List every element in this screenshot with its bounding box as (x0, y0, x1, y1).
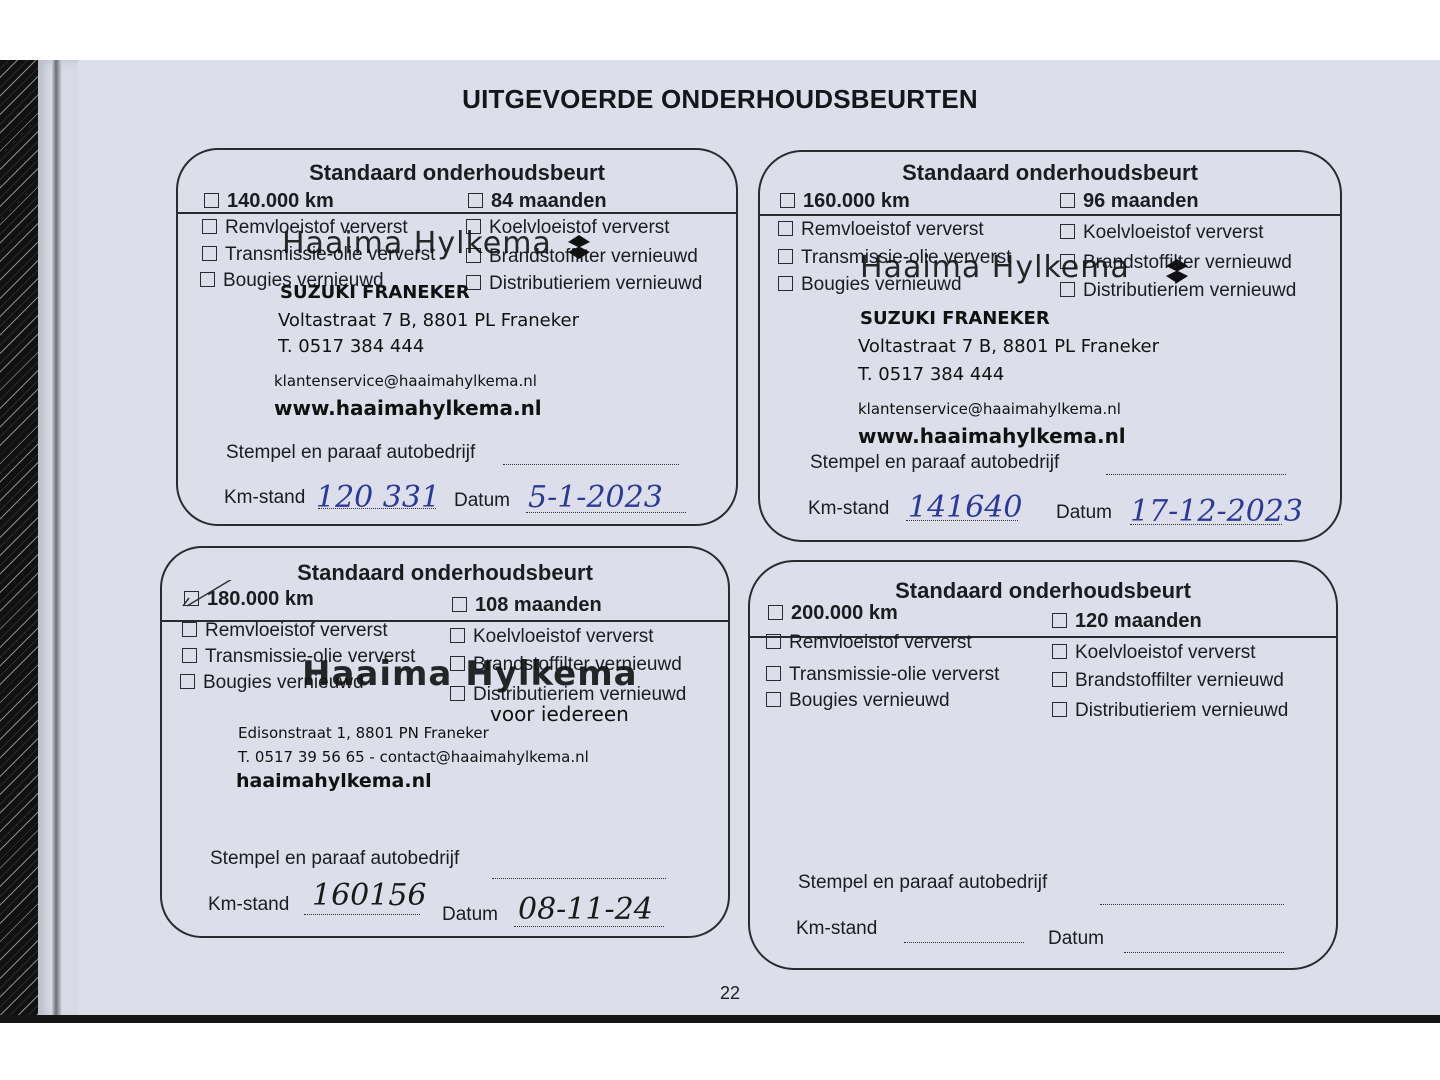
months-label: 84 maanden (491, 190, 607, 212)
checkbox[interactable] (766, 666, 781, 681)
item-label: Koelvloeistof ververst (1075, 642, 1256, 663)
datum-value: 5-1-2023 (528, 480, 663, 515)
kmstand-label: Km-stand (808, 498, 889, 520)
km-label: 160.000 km (803, 190, 910, 212)
months-checkbox-row[interactable]: 120 maanden (1052, 610, 1202, 633)
dealer-stamp-name: Haaima Hylkema (282, 226, 552, 261)
stempel-label: Stempel en paraaf autobedrijf (810, 452, 1059, 474)
dealer-stamp-address: Voltastraat 7 B, 8801 PL Franeker (278, 310, 579, 331)
item-label: Koelvloeistof ververst (1083, 222, 1264, 243)
stempel-line (492, 878, 666, 879)
maintenance-card-200000: Standaard onderhoudsbeurt 200.000 km 120… (748, 560, 1338, 970)
km-checkbox-row[interactable]: 160.000 km (780, 190, 910, 213)
checkbox[interactable] (200, 272, 215, 287)
datum-value: 17-12-2023 (1130, 494, 1303, 529)
months-label: 120 maanden (1075, 610, 1202, 632)
item-label: Brandstoffilter vernieuwd (1075, 670, 1284, 691)
stempel-line (1106, 474, 1286, 475)
checkbox[interactable] (204, 193, 219, 208)
checkbox[interactable] (182, 622, 197, 637)
months-checkbox-row[interactable]: 96 maanden (1060, 190, 1199, 213)
item-label: Bougies vernieuwd (789, 690, 950, 711)
kmstand-line (304, 914, 420, 915)
dealer-stamp-address: Voltastraat 7 B, 8801 PL Franeker (858, 336, 1159, 357)
stempel-label: Stempel en paraaf autobedrijf (210, 848, 459, 870)
checkbox[interactable] (180, 674, 195, 689)
dealer-stamp-phone: T. 0517 39 56 65 - contact@haaimahylkema… (238, 748, 589, 766)
checkbox[interactable] (468, 193, 483, 208)
kmstand-line (904, 942, 1024, 943)
stempel-label: Stempel en paraaf autobedrijf (798, 872, 1047, 894)
kmstand-value: 120 331 (316, 480, 440, 515)
card-heading: Standaard onderhoudsbeurt (162, 560, 728, 586)
months-checkbox-row[interactable]: 108 maanden (452, 594, 602, 617)
item-transmissie[interactable]: Transmissie-olie ververst (766, 664, 999, 686)
item-bougies[interactable]: Bougies vernieuwd (766, 690, 950, 712)
datum-line (1124, 952, 1284, 953)
suzuki-logo-icon (1164, 258, 1190, 284)
datum-label: Datum (454, 490, 510, 512)
checkbox[interactable] (1052, 702, 1067, 717)
stempel-line (503, 464, 679, 465)
item-brandstoffilter[interactable]: Brandstoffilter vernieuwd (1052, 670, 1284, 692)
datum-label: Datum (442, 904, 498, 926)
checkbox[interactable] (1052, 672, 1067, 687)
item-label: Distributieriem vernieuwd (1075, 700, 1288, 721)
checkbox[interactable] (202, 219, 217, 234)
dealer-stamp-email: klantenservice@haaimahylkema.nl (274, 372, 537, 390)
dealer-stamp-name: Haaima Hylkema (860, 250, 1130, 285)
kmstand-value: 160156 (312, 878, 427, 913)
check-mark-icon (181, 580, 241, 610)
card-heading: Standaard onderhoudsbeurt (750, 578, 1336, 604)
km-checkbox-row[interactable]: 140.000 km (204, 190, 334, 213)
maintenance-card-180000: Standaard onderhoudsbeurt 180.000 km 108… (160, 546, 730, 938)
item-label: Remvloeistof ververst (205, 620, 388, 641)
kmstand-label: Km-stand (796, 918, 877, 940)
card-heading: Standaard onderhoudsbeurt (760, 160, 1340, 186)
dealer-stamp-email: klantenservice@haaimahylkema.nl (858, 400, 1121, 418)
item-label: Distributieriem vernieuwd (489, 273, 702, 294)
km-checkbox-row[interactable]: 200.000 km (768, 602, 898, 625)
background-fabric-bottom (0, 1015, 1440, 1023)
item-label: Transmissie-olie ververst (789, 664, 999, 685)
item-remvloeistof[interactable]: Remvloeistof ververst (182, 620, 388, 642)
item-koelvloeistof[interactable]: Koelvloeistof ververst (450, 626, 654, 648)
checkbox[interactable] (450, 628, 465, 643)
page-title: UITGEVOERDE ONDERHOUDSBEURTEN (0, 84, 1440, 115)
checkbox[interactable] (778, 276, 793, 291)
divider (760, 214, 1340, 216)
checkbox[interactable] (780, 193, 795, 208)
km-label: 140.000 km (227, 190, 334, 212)
dealer-stamp-tagline: voor iedereen (490, 702, 629, 726)
kmstand-label: Km-stand (224, 487, 305, 509)
suzuki-logo-icon (566, 234, 592, 260)
months-label: 96 maanden (1083, 190, 1199, 212)
datum-label: Datum (1048, 928, 1104, 950)
checkbox[interactable] (1060, 193, 1075, 208)
item-label: Koelvloeistof ververst (473, 626, 654, 647)
dealer-stamp-dealer: SUZUKI FRANEKER (860, 308, 1050, 329)
divider (178, 212, 736, 214)
datum-value: 08-11-24 (518, 892, 653, 927)
item-remvloeistof[interactable]: Remvloeistof ververst (766, 632, 972, 654)
kmstand-value: 141640 (908, 490, 1023, 525)
page-edge (52, 60, 62, 1015)
checkbox[interactable] (1052, 613, 1067, 628)
dealer-stamp-url: www.haaimahylkema.nl (274, 396, 542, 420)
dealer-stamp-url: haaimahylkema.nl (236, 770, 432, 792)
checkbox[interactable] (1060, 224, 1075, 239)
dealer-stamp-phone: T. 0517 384 444 (278, 336, 424, 357)
maintenance-card-140000: Standaard onderhoudsbeurt 140.000 km 84 … (176, 148, 738, 526)
stempel-label: Stempel en paraaf autobedrijf (226, 442, 475, 464)
months-label: 108 maanden (475, 594, 602, 616)
dealer-stamp-dealer: SUZUKI FRANEKER (280, 282, 470, 303)
checkbox-checked[interactable] (184, 591, 199, 606)
km-label: 200.000 km (791, 602, 898, 624)
dealer-stamp-phone: T. 0517 384 444 (858, 364, 1004, 385)
kmstand-label: Km-stand (208, 894, 289, 916)
item-distributieriem[interactable]: Distributieriem vernieuwd (1052, 700, 1288, 722)
checkbox[interactable] (766, 692, 781, 707)
dealer-stamp-url: www.haaimahylkema.nl (858, 424, 1126, 448)
dealer-stamp-name: Haaima Hylkema (302, 654, 638, 694)
checkbox[interactable] (1052, 644, 1067, 659)
item-koelvloeistof[interactable]: Koelvloeistof ververst (1060, 222, 1264, 244)
item-label: Remvloeistof ververst (789, 632, 972, 653)
datum-label: Datum (1056, 502, 1112, 524)
months-checkbox-row[interactable]: 84 maanden (468, 190, 607, 213)
checkbox[interactable] (202, 246, 217, 261)
item-remvloeistof[interactable]: Remvloeistof ververst (778, 219, 984, 241)
km-checkbox-row[interactable]: 180.000 km (184, 588, 314, 611)
page-number: 22 (0, 983, 1440, 1004)
stempel-line (1100, 904, 1284, 905)
item-koelvloeistof[interactable]: Koelvloeistof ververst (1052, 642, 1256, 664)
card-heading: Standaard onderhoudsbeurt (178, 160, 736, 186)
item-label: Remvloeistof ververst (801, 219, 984, 240)
checkbox[interactable] (182, 648, 197, 663)
dealer-stamp-address: Edisonstraat 1, 8801 PN Franeker (238, 724, 489, 742)
checkbox[interactable] (766, 634, 781, 649)
checkbox[interactable] (778, 221, 793, 236)
maintenance-card-160000: Standaard onderhoudsbeurt 160.000 km 96 … (758, 150, 1342, 542)
checkbox[interactable] (452, 597, 467, 612)
item-distributieriem[interactable]: Distributieriem vernieuwd (466, 273, 702, 295)
checkbox[interactable] (778, 249, 793, 264)
checkbox[interactable] (768, 605, 783, 620)
